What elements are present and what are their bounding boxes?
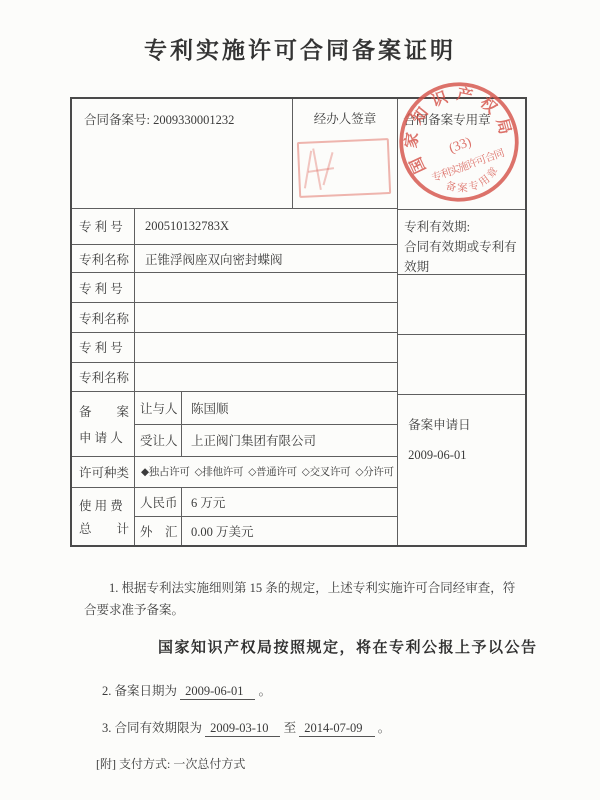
filing-date-cell: 备案申请日 2009-06-01 bbox=[398, 394, 525, 545]
operator-stamp bbox=[297, 138, 391, 198]
filing-form-table: 合同备案号: 2009330001232 经办人签章 专 利 号 2005101… bbox=[70, 97, 527, 547]
patent-name-value: 正锥浮阀座双向密封蝶阀 bbox=[135, 250, 397, 268]
assignor-label: 让与人 bbox=[135, 392, 182, 423]
patent-validity-cell: 专利有效期: 合同有效期或专利有效期 bbox=[398, 209, 525, 274]
validity-end-date-underlined: 2014-07-09 bbox=[299, 721, 374, 737]
assignor-value: 陈国顺 bbox=[182, 399, 397, 417]
foreign-currency-label: 外 汇 bbox=[135, 517, 182, 545]
table-right-pane: 合同备案专用章 专利有效期: 合同有效期或专利有效期 备案申请日 2009-06… bbox=[397, 99, 525, 545]
payment-method-note: [附] 支付方式: 一次总付方式 bbox=[96, 755, 245, 772]
license-option-sole: ◇排他许可 bbox=[195, 464, 244, 479]
license-type-row: 许可种类 ◆独占许可 ◇排他许可 ◇普通许可 ◇交叉许可 ◇分许可 bbox=[72, 456, 397, 487]
empty-validity-cell bbox=[398, 274, 525, 334]
operator-signature-cell: 经办人签章 bbox=[292, 99, 397, 208]
empty-validity-cell bbox=[398, 334, 525, 394]
contract-number-label: 合同备案号: bbox=[84, 113, 150, 127]
license-option-sub: ◇分许可 bbox=[355, 464, 393, 479]
validity-start-date-underlined: 2009-03-10 bbox=[205, 721, 280, 737]
assignee-value: 上正阀门集团有限公司 bbox=[182, 431, 397, 449]
license-type-options: ◆独占许可 ◇排他许可 ◇普通许可 ◇交叉许可 ◇分许可 bbox=[135, 464, 397, 479]
filing-date-value: 2009-06-01 bbox=[408, 448, 525, 463]
announcement-line: 国家知识产权局按照规定，将在专利公报上予以公告 bbox=[158, 636, 538, 657]
assignee-row: 受让人 上正阀门集团有限公司 bbox=[135, 424, 397, 456]
fee-total-block: 使 用 费 总 计 人民币 6 万元 外 汇 0.00 万美元 bbox=[72, 487, 397, 545]
contract-number-cell: 合同备案号: 2009330001232 bbox=[72, 99, 292, 208]
license-option-general: ◇普通许可 bbox=[248, 464, 297, 479]
table-row: 专 利 号 bbox=[72, 272, 397, 302]
rmb-label: 人民币 bbox=[135, 488, 182, 516]
note-contract-validity: 3. 合同有效期限为 2009-03-10 至 2014-07-09 。 bbox=[102, 718, 390, 736]
assignor-row: 让与人 陈国顺 bbox=[135, 392, 397, 423]
patent-number-label: 专 利 号 bbox=[72, 333, 135, 362]
rmb-fee-row: 人民币 6 万元 bbox=[135, 488, 397, 516]
filing-applicant-label: 备 案 申 请 人 bbox=[72, 392, 135, 455]
license-type-label: 许可种类 bbox=[72, 457, 135, 487]
operator-signature-label: 经办人签章 bbox=[314, 112, 377, 126]
patent-name-label: 专利名称 bbox=[72, 303, 135, 332]
table-left-pane: 合同备案号: 2009330001232 经办人签章 专 利 号 2005101… bbox=[72, 99, 397, 545]
table-row: 专利名称 bbox=[72, 362, 397, 392]
table-row: 专利名称 正锥浮阀座双向密封蝶阀 bbox=[72, 244, 397, 273]
page-title: 专利实施许可合同备案证明 bbox=[0, 32, 600, 65]
patent-name-label: 专利名称 bbox=[72, 245, 135, 273]
diamond-icon: ◇ bbox=[302, 467, 310, 478]
filing-seal-label: 合同备案专用章 bbox=[403, 113, 491, 127]
assignee-label: 受让人 bbox=[135, 425, 182, 456]
license-option-cross: ◇交叉许可 bbox=[302, 464, 351, 479]
filing-applicant-block: 备 案 申 请 人 让与人 陈国顺 受让人 上正阀门集团有限公司 bbox=[72, 391, 397, 455]
header-row: 合同备案号: 2009330001232 经办人签章 bbox=[72, 99, 397, 208]
table-row: 专 利 号 200510132783X bbox=[72, 208, 397, 244]
license-option-exclusive: ◆独占许可 bbox=[141, 464, 190, 479]
patent-name-label: 专利名称 bbox=[72, 363, 135, 392]
foreign-currency-value: 0.00 万美元 bbox=[182, 522, 397, 540]
certificate-page: 专利实施许可合同备案证明 合同备案号: 2009330001232 经办人签章 … bbox=[0, 0, 600, 800]
filing-seal-cell: 合同备案专用章 bbox=[398, 99, 525, 209]
patent-number-label: 专 利 号 bbox=[72, 273, 135, 302]
foreign-currency-row: 外 汇 0.00 万美元 bbox=[135, 516, 397, 545]
diamond-icon: ◇ bbox=[248, 467, 256, 478]
contract-number-value: 2009330001232 bbox=[153, 113, 234, 127]
checked-diamond-icon: ◆ bbox=[141, 467, 149, 478]
filing-date-underlined: 2009-06-01 bbox=[180, 684, 255, 700]
filing-date-label: 备案申请日 bbox=[408, 415, 525, 433]
note-paragraph-1: 1. 根据专利法实施细则第 15 条的规定，上述专利实施许可合同经审查，符合要求… bbox=[84, 577, 526, 621]
table-row: 专 利 号 bbox=[72, 332, 397, 362]
patent-number-value: 200510132783X bbox=[135, 219, 397, 234]
table-row: 专利名称 bbox=[72, 302, 397, 332]
fee-total-label: 使 用 费 总 计 bbox=[72, 488, 135, 545]
patent-number-label: 专 利 号 bbox=[72, 209, 135, 244]
rmb-value: 6 万元 bbox=[182, 493, 397, 511]
diamond-icon: ◇ bbox=[355, 467, 363, 478]
note-filing-date: 2. 备案日期为 2009-06-01 。 bbox=[102, 681, 271, 699]
